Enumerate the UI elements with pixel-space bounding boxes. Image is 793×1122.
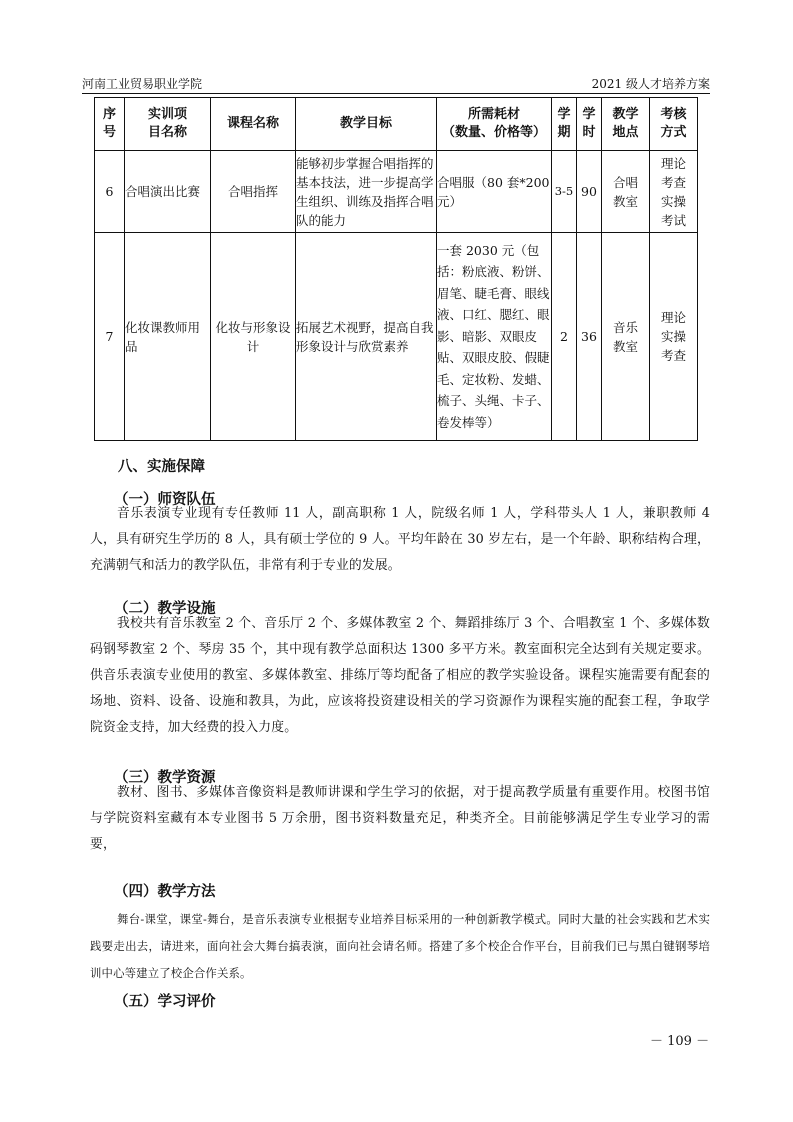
- cell-materials: 合唱服（80 套*200元）: [437, 151, 552, 233]
- page-number: － 109 －: [650, 1030, 709, 1049]
- page-header: 河南工业贸易职业学院 2021 级人才培养方案: [82, 76, 710, 92]
- col-header-location: 教学地点: [602, 98, 650, 151]
- cell-assessment: 理论实操考查: [650, 233, 698, 441]
- table-row: 6 合唱演出比赛 合唱指挥 能够初步掌握合唱指挥的基本技法，进一步提高学生组织、…: [95, 151, 698, 233]
- paragraph-facilities: 我校共有音乐教室 2 个、音乐厅 2 个、多媒体教室 2 个、舞蹈排练厅 3 个…: [90, 611, 710, 741]
- cell-course: 化妆与形象设计: [211, 233, 296, 441]
- cell-location: 合唱教室: [602, 151, 650, 233]
- section-title-methods: （四）教学方法: [114, 880, 216, 901]
- table-header-row: 序号 实训项目名称 课程名称 教学目标 所需耗材（数量、价格等） 学期 学时 教…: [95, 98, 698, 151]
- header-document-title: 2021 级人才培养方案: [592, 76, 710, 92]
- cell-term: 2: [552, 233, 577, 441]
- cell-assessment: 理论考查实操考试: [650, 151, 698, 233]
- cell-project: 合唱演出比赛: [125, 151, 211, 233]
- header-institution: 河南工业贸易职业学院: [82, 76, 202, 92]
- col-header-term: 学期: [552, 98, 577, 151]
- paragraph-faculty: 音乐表演专业现有专任教师 11 人，副高职称 1 人，院级名师 1 人，学科带头…: [90, 501, 710, 579]
- col-header-goal: 教学目标: [296, 98, 437, 151]
- paragraph-methods: 舞台-课堂，课堂-舞台，是音乐表演专业根据专业培养目标采用的一种创新教学模式。同…: [90, 906, 710, 987]
- col-header-project: 实训项目名称: [125, 98, 211, 151]
- cell-goal: 拓展艺术视野，提高自我形象设计与欣赏素养: [296, 233, 437, 441]
- cell-materials: 一套 2030 元（包括：粉底液、粉饼、眉笔、睫毛膏、眼线液、口红、腮红、眼影、…: [437, 233, 552, 441]
- section-main-title: 八、实施保障: [118, 455, 205, 476]
- col-header-seq: 序号: [95, 98, 125, 151]
- table-row: 7 化妆课教师用品 化妆与形象设计 拓展艺术视野，提高自我形象设计与欣赏素养 一…: [95, 233, 698, 441]
- cell-course: 合唱指挥: [211, 151, 296, 233]
- col-header-hours: 学时: [577, 98, 602, 151]
- paragraph-resources: 教材、图书、多媒体音像资料是教师讲课和学生学习的依据，对于提高教学质量有重要作用…: [90, 780, 710, 858]
- training-table: 序号 实训项目名称 课程名称 教学目标 所需耗材（数量、价格等） 学期 学时 教…: [94, 97, 698, 441]
- col-header-course: 课程名称: [211, 98, 296, 151]
- cell-project: 化妆课教师用品: [125, 233, 211, 441]
- cell-location: 音乐教室: [602, 233, 650, 441]
- section-title-evaluation: （五）学习评价: [114, 990, 216, 1011]
- cell-seq: 6: [95, 151, 125, 233]
- col-header-materials: 所需耗材（数量、价格等）: [437, 98, 552, 151]
- cell-seq: 7: [95, 233, 125, 441]
- cell-term: 3-5: [552, 151, 577, 233]
- cell-hours: 36: [577, 233, 602, 441]
- col-header-assessment: 考核方式: [650, 98, 698, 151]
- cell-goal: 能够初步掌握合唱指挥的基本技法，进一步提高学生组织、训练及指挥合唱队的能力: [296, 151, 437, 233]
- header-rule: [82, 93, 710, 94]
- cell-hours: 90: [577, 151, 602, 233]
